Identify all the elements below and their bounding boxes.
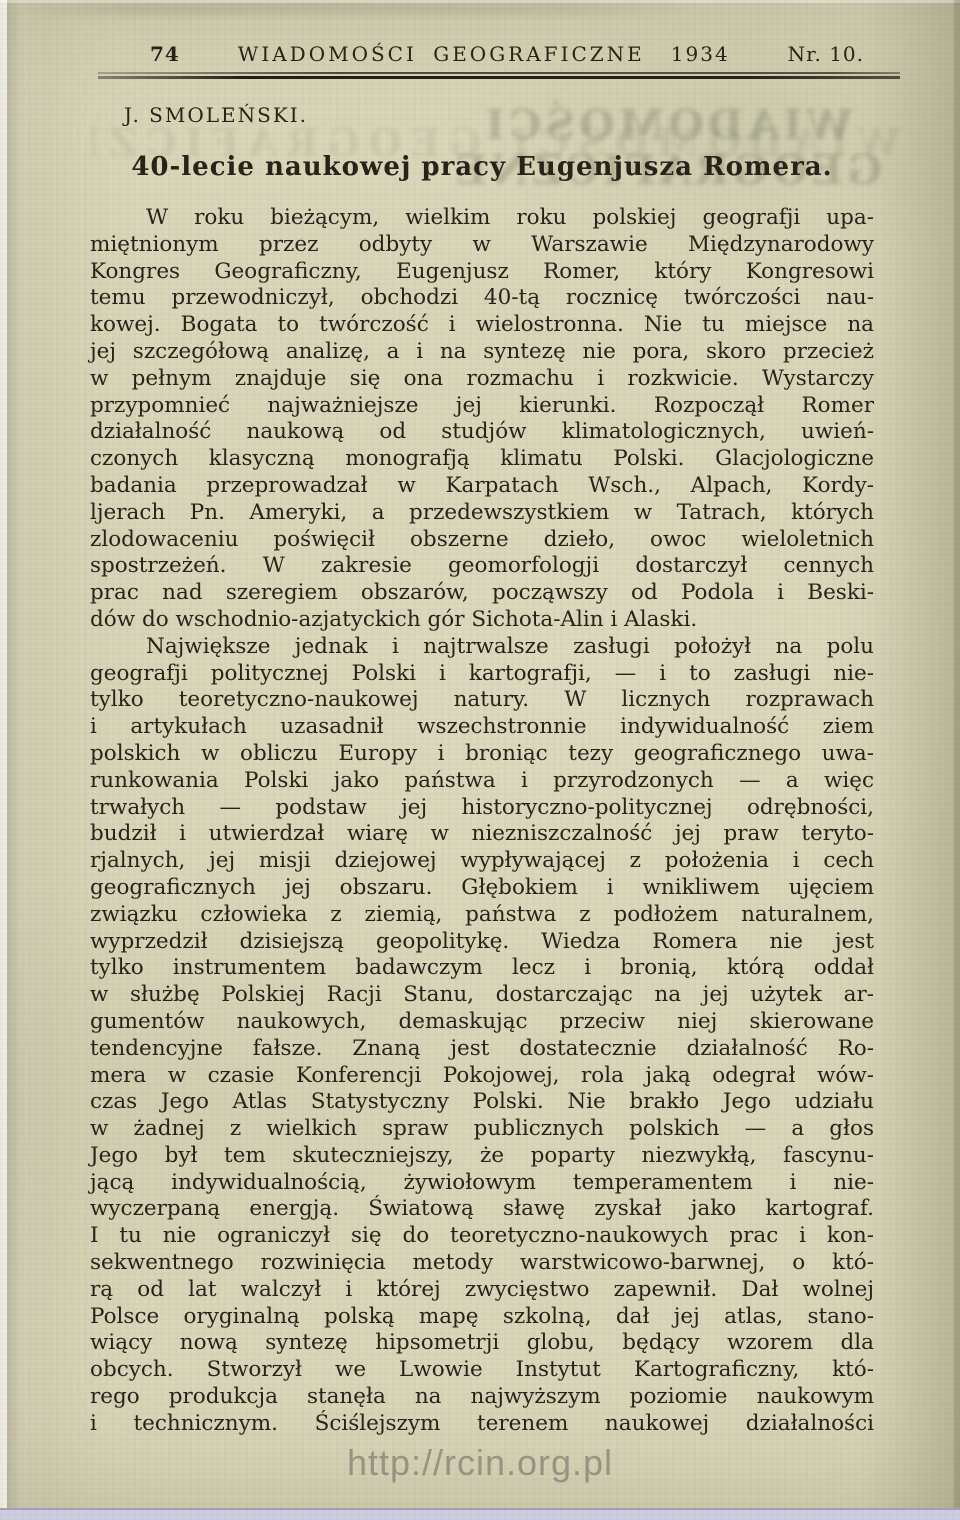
text-line: wyprzedził dzisiejszą geopolitykę. Wiedz… [90, 929, 874, 956]
scan-edge-right [954, 0, 960, 1520]
text-line: geograficznych jej obszaru. Głębokiem i … [90, 875, 874, 902]
text-line: rjalnych, jej misji dziejowej wypływając… [90, 848, 874, 875]
text-line: runkowania Polski jako państwa i przyrod… [90, 768, 874, 795]
text-line: związku człowieka z ziemią, państwa z po… [90, 902, 874, 929]
issue-number: Nr. 10. [788, 42, 864, 66]
text-line: Polsce oryginalną polską mapę szkolną, d… [90, 1304, 874, 1331]
text-line: czas Jego Atlas Statystyczny Polski. Nie… [90, 1089, 874, 1116]
text-line: W roku bieżącym, wielkim roku polskiej g… [90, 205, 874, 232]
scan-page: WIADOMOŚCI GEOGRAFICZNE WIADOMOŚCI GEOGR… [0, 0, 960, 1520]
page-number: 74 [150, 42, 180, 66]
text-line: trwałych — podstaw jej historyczno-polit… [90, 795, 874, 822]
text-line: zlodowaceniu poświęcił obszerne dzieło, … [90, 527, 874, 554]
text-line: gumentów naukowych, demaskując przeciw n… [90, 1009, 874, 1036]
text-line: rego produkcja stanęła na najwyższym poz… [90, 1384, 874, 1411]
text-line: dów do wschodnio-azjatyckich gór Sichota… [90, 607, 874, 634]
text-line: rą od lat walczył i której zwycięstwo za… [90, 1277, 874, 1304]
text-line: tylko teoretyczno-naukowej natury. W lic… [90, 687, 874, 714]
text-line: mera w czasie Konferencji Pokojowej, rol… [90, 1063, 874, 1090]
journal-title: WIADOMOŚCI GEOGRAFICZNE [238, 42, 645, 66]
text-line: kowej. Bogata to twórczość i wielostronn… [90, 312, 874, 339]
text-line: Jego był tem skuteczniejszy, że poparty … [90, 1143, 874, 1170]
text-line: badania przeprowadzał w Karpatach Wsch.,… [90, 473, 874, 500]
text-line: tendencyjne fałsze. Znaną jest dostatecz… [90, 1036, 874, 1063]
article-title: 40-lecie naukowej pracy Eugenjusza Romer… [90, 151, 874, 183]
header-rule [98, 72, 900, 79]
page-header: 74 WIADOMOŚCI GEOGRAFICZNE1934 Nr. 10. [95, 42, 897, 66]
text-line: czonych klasyczną monografją klimatu Pol… [90, 446, 874, 473]
text-line: w żadnej z wielkich spraw publicznych po… [90, 1116, 874, 1143]
text-line: w służbę Polskiej Racji Stanu, dostarcza… [90, 982, 874, 1009]
text-line: polskich w obliczu Europy i broniąc tezy… [90, 741, 874, 768]
scan-edge-left [0, 0, 7, 1520]
author-name: J. SMOLEŃSKI. [124, 103, 308, 127]
scan-edge-top [0, 0, 960, 3]
article-body: W roku bieżącym, wielkim roku polskiej g… [90, 205, 874, 1438]
text-line: budził i utwierdzał wiarę w niezniszczal… [90, 821, 874, 848]
text-line: Największe jednak i najtrwalsze zasługi … [90, 634, 874, 661]
text-line: wiący nową syntezę hipsometrji globu, bę… [90, 1330, 874, 1357]
header-rule-thick [98, 76, 900, 79]
watermark-url: http://rcin.org.pl [0, 1442, 960, 1484]
text-line: Kongres Geograficzny, Eugenjusz Romer, k… [90, 259, 874, 286]
text-line: ljerach Pn. Ameryki, a przedewszystkiem … [90, 500, 874, 527]
text-line: miętnionym przez odbyty w Warszawie Międ… [90, 232, 874, 259]
text-line: w pełnym znajduje się ona rozmachu i roz… [90, 366, 874, 393]
scan-edge-bottom [0, 1508, 960, 1520]
text-line: wyczerpaną energją. Światową sławę zyska… [90, 1196, 874, 1223]
text-line: działalność naukową od studjów klimatolo… [90, 419, 874, 446]
text-line: przypomnieć najważniejsze jej kierunki. … [90, 393, 874, 420]
text-line: spostrzeżeń. W zakresie geomorfologji do… [90, 553, 874, 580]
text-line: i technicznym. Ściślejszym terenem nauko… [90, 1411, 874, 1438]
text-line: obcych. Stworzył we Lwowie Instytut Kart… [90, 1357, 874, 1384]
scan-edge-left-shadow [7, 0, 21, 1520]
text-line: jącą indywidualnością, żywiołowym temper… [90, 1170, 874, 1197]
text-line: tylko instrumentem badawczym lecz i bron… [90, 955, 874, 982]
text-line: i artykułach uzasadnił wszechstronnie in… [90, 714, 874, 741]
text-line: jej szczegółową analizę, a i na syntezę … [90, 339, 874, 366]
text-line: geografji politycznej Polski i kartograf… [90, 661, 874, 688]
text-line: prac nad szeregiem obszarów, począwszy o… [90, 580, 874, 607]
text-line: I tu nie ograniczył się do teoretyczno-n… [90, 1223, 874, 1250]
header-rule-thin [98, 72, 900, 74]
text-line: sekwentnego rozwinięcia metody warstwico… [90, 1250, 874, 1277]
journal-year: 1934 [671, 42, 730, 66]
text-line: temu przewodniczył, obchodzi 40-tą roczn… [90, 285, 874, 312]
journal-masthead: WIADOMOŚCI GEOGRAFICZNE1934 [180, 42, 788, 66]
